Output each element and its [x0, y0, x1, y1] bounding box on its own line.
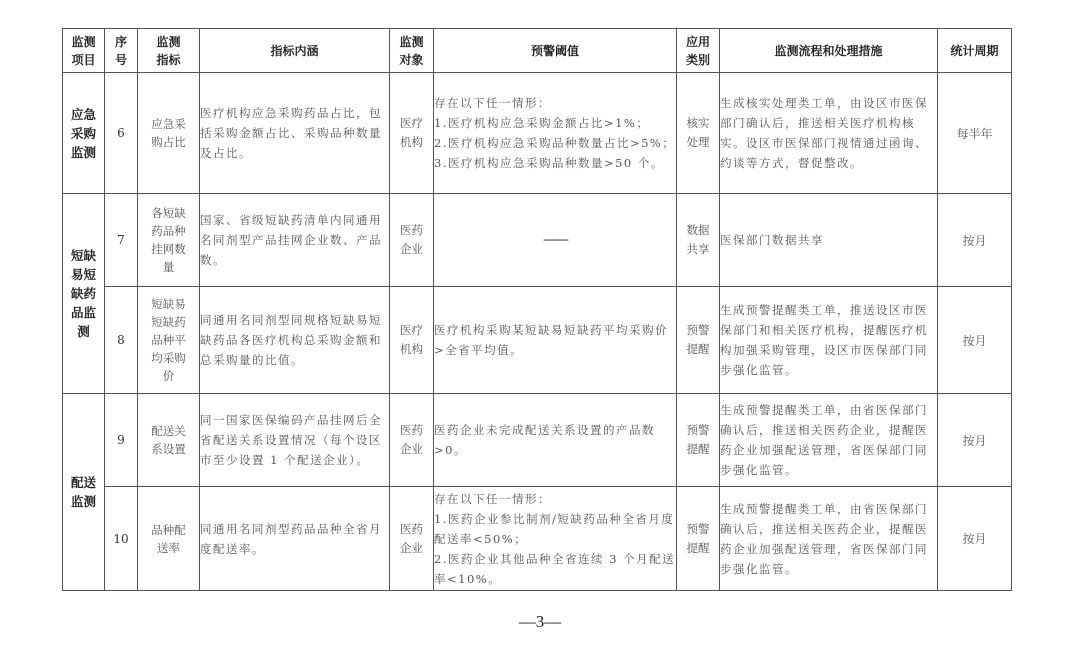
- header-process: 监测流程和处理措施: [720, 29, 938, 73]
- application-category: 预警提醒: [677, 287, 720, 394]
- header-indicator: 监测指标: [138, 29, 200, 73]
- process-measures: 生成预警提醒类工单，由省医保部门确认后，推送相关医药企业，提醒医药企业加强配送管…: [720, 487, 938, 591]
- process-measures: 医保部门数据共享: [720, 194, 938, 287]
- table-row: 10 品种配送率 同通用名同剂型药品品种全省月度配送率。 医药企业 存在以下任一…: [63, 487, 1012, 591]
- process-measures: 生成预警提醒类工单，由省医保部门确认后，推送相关医药企业，提醒医药企业加强配送管…: [720, 394, 938, 487]
- monitoring-object: 医疗机构: [390, 287, 434, 394]
- indicator-meaning: 同一国家医保编码产品挂网后全省配送关系设置情况（每个设区市至少设置 1 个配送企…: [200, 394, 390, 487]
- page-number: —3—: [0, 612, 1080, 632]
- header-serial-no: 序号: [105, 29, 138, 73]
- indicator-name: 品种配送率: [138, 487, 200, 591]
- statistic-cycle: 按月: [938, 487, 1012, 591]
- header-object: 监测对象: [390, 29, 434, 73]
- header-monitoring-item: 监测项目: [63, 29, 105, 73]
- warning-threshold: 存在以下任一情形：1.医疗机构应急采购金额占比>1%；2.医疗机构应急采购品种数…: [434, 73, 677, 194]
- indicator-name: 各短缺药品种挂网数量: [138, 194, 200, 287]
- serial-no: 6: [105, 73, 138, 194]
- table-row: 短缺易短缺药品监测 7 各短缺药品种挂网数量 国家、省级短缺药清单内同通用名同剂…: [63, 194, 1012, 287]
- group-distribution: 配送监测: [63, 394, 105, 591]
- warning-threshold: ——: [434, 194, 677, 287]
- serial-no: 7: [105, 194, 138, 287]
- monitoring-object: 医药企业: [390, 394, 434, 487]
- serial-no: 10: [105, 487, 138, 591]
- monitoring-object: 医药企业: [390, 487, 434, 591]
- statistic-cycle: 每半年: [938, 73, 1012, 194]
- monitoring-indicator-table: 监测项目 序号 监测指标 指标内涵 监测对象 预警阈值 应用类别 监测流程和处理…: [62, 28, 1012, 591]
- serial-no: 9: [105, 394, 138, 487]
- warning-threshold: 医疗机构采购某短缺易短缺药平均采购价>全省平均值。: [434, 287, 677, 394]
- indicator-meaning: 国家、省级短缺药清单内同通用名同剂型产品挂网企业数、产品数。: [200, 194, 390, 287]
- header-row: 监测项目 序号 监测指标 指标内涵 监测对象 预警阈值 应用类别 监测流程和处理…: [63, 29, 1012, 73]
- application-category: 预警提醒: [677, 487, 720, 591]
- statistic-cycle: 按月: [938, 287, 1012, 394]
- application-category: 预警提醒: [677, 394, 720, 487]
- process-measures: 生成预警提醒类工单，推送设区市医保部门和相关医疗机构，提醒医疗机构加强采购管理，…: [720, 287, 938, 394]
- indicator-meaning: 同通用名同剂型药品品种全省月度配送率。: [200, 487, 390, 591]
- header-threshold: 预警阈值: [434, 29, 677, 73]
- header-cycle: 统计周期: [938, 29, 1012, 73]
- group-shortage-drug: 短缺易短缺药品监测: [63, 194, 105, 394]
- indicator-meaning: 同通用名同剂型同规格短缺易短缺药品各医疗机构总采购金额和总采购量的比值。: [200, 287, 390, 394]
- table-row: 配送监测 9 配送关系设置 同一国家医保编码产品挂网后全省配送关系设置情况（每个…: [63, 394, 1012, 487]
- group-emergency-purchase: 应急采购监测: [63, 73, 105, 194]
- indicator-name: 应急采购占比: [138, 73, 200, 194]
- application-category: 核实处理: [677, 73, 720, 194]
- statistic-cycle: 按月: [938, 194, 1012, 287]
- statistic-cycle: 按月: [938, 394, 1012, 487]
- application-category: 数据共享: [677, 194, 720, 287]
- warning-threshold: 存在以下任一情形：1.医药企业参比制剂/短缺药品种全省月度配送率<50%；2.医…: [434, 487, 677, 591]
- indicator-meaning: 医疗机构应急采购药品占比，包括采购金额占比、采购品种数量及占比。: [200, 73, 390, 194]
- table-row: 8 短缺易短缺药品种平均采购价 同通用名同剂型同规格短缺易短缺药品各医疗机构总采…: [63, 287, 1012, 394]
- serial-no: 8: [105, 287, 138, 394]
- monitoring-object: 医药企业: [390, 194, 434, 287]
- process-measures: 生成核实处理类工单，由设区市医保部门确认后，推送相关医疗机构核实。设区市医保部门…: [720, 73, 938, 194]
- warning-threshold: 医药企业未完成配送关系设置的产品数>0。: [434, 394, 677, 487]
- header-category: 应用类别: [677, 29, 720, 73]
- indicator-name: 短缺易短缺药品种平均采购价: [138, 287, 200, 394]
- table-row: 应急采购监测 6 应急采购占比 医疗机构应急采购药品占比，包括采购金额占比、采购…: [63, 73, 1012, 194]
- indicator-name: 配送关系设置: [138, 394, 200, 487]
- monitoring-object: 医疗机构: [390, 73, 434, 194]
- header-meaning: 指标内涵: [200, 29, 390, 73]
